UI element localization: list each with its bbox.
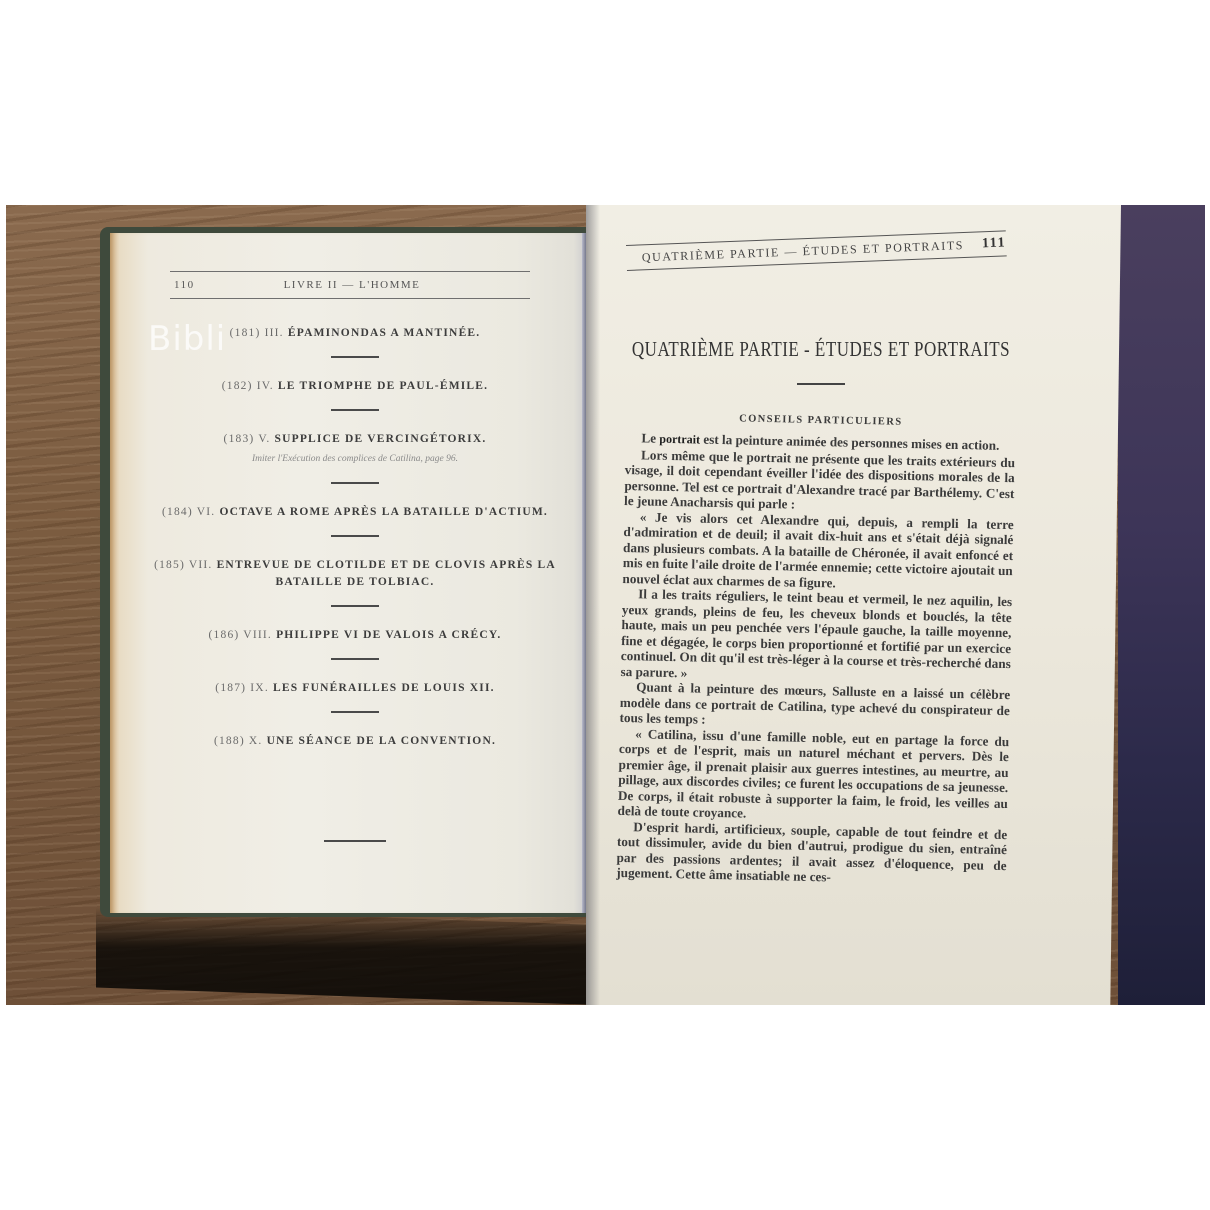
separator-rule bbox=[331, 409, 379, 411]
toc-entry-title: LE TRIOMPHE DE PAUL-ÉMILE. bbox=[278, 380, 488, 392]
toc-entry: (182) IV. LE TRIOMPHE DE PAUL-ÉMILE. bbox=[150, 378, 560, 395]
toc-entry: (185) VII. ENTREVUE DE CLOTILDE ET DE CL… bbox=[150, 557, 560, 591]
toc-entry: (187) IX. LES FUNÉRAILLES DE LOUIS XII. bbox=[150, 680, 560, 697]
separator-rule bbox=[331, 711, 379, 713]
separator-rule bbox=[331, 482, 379, 484]
toc-entry-title: UNE SÉANCE DE LA CONVENTION. bbox=[267, 735, 496, 747]
left-running-title: LIVRE II — L'HOMME bbox=[214, 279, 530, 291]
section-title: CONSEILS PARTICULIERS bbox=[626, 411, 1016, 430]
right-running-title: QUATRIÈME PARTIE — ÉTUDES ET PORTRAITS bbox=[642, 238, 965, 265]
toc-entry-number: (188) X. bbox=[214, 735, 267, 747]
separator-rule bbox=[331, 658, 379, 660]
toc-entry-number: (184) VI. bbox=[162, 506, 219, 518]
toc-entry-title: LES FUNÉRAILLES DE LOUIS XII. bbox=[273, 682, 495, 694]
separator-rule bbox=[797, 383, 845, 385]
paragraph: « Catilina, issu d'une famille noble, eu… bbox=[617, 725, 1009, 826]
toc-entry-title: ÉPAMINONDAS A MANTINÉE. bbox=[288, 327, 481, 339]
separator-rule bbox=[331, 356, 379, 358]
table-of-contents: (181) III. ÉPAMINONDAS A MANTINÉE.(182) … bbox=[150, 325, 560, 862]
toc-entry-note: Imiter l'Exécution des complices de Cati… bbox=[150, 451, 560, 468]
toc-entry: (186) VIII. PHILIPPE VI DE VALOIS A CRÉC… bbox=[150, 627, 560, 644]
right-page: QUATRIÈME PARTIE — ÉTUDES ET PORTRAITS 1… bbox=[586, 205, 1121, 1005]
toc-entry-title: OCTAVE A ROME APRÈS LA BATAILLE D'ACTIUM… bbox=[219, 506, 548, 518]
toc-entry: (184) VI. OCTAVE A ROME APRÈS LA BATAILL… bbox=[150, 504, 560, 521]
toc-entry: (183) V. SUPPLICE DE VERCINGÉTORIX.Imite… bbox=[150, 431, 560, 468]
toc-entry: (188) X. UNE SÉANCE DE LA CONVENTION. bbox=[150, 733, 560, 750]
paragraph: Quant à la peinture des mœurs, Salluste … bbox=[619, 679, 1010, 734]
separator-rule bbox=[324, 840, 386, 842]
paragraph: Il a les traits réguliers, le teint beau… bbox=[620, 586, 1012, 687]
right-page-body: QUATRIÈME PARTIE - ÉTUDES ET PORTRAITS C… bbox=[626, 337, 1016, 881]
right-running-head: QUATRIÈME PARTIE — ÉTUDES ET PORTRAITS 1… bbox=[626, 230, 1007, 271]
gutter-shadow bbox=[586, 205, 600, 1005]
paragraph: « Je vis alors cet Alexandre qui, depuis… bbox=[622, 508, 1014, 594]
separator-rule bbox=[331, 535, 379, 537]
left-page-number: 110 bbox=[170, 279, 214, 291]
toc-entry-number: (187) IX. bbox=[215, 682, 273, 694]
separator-rule bbox=[331, 605, 379, 607]
purple-cloth bbox=[1118, 205, 1205, 1005]
toc-entry-number: (183) V. bbox=[224, 433, 275, 445]
toc-entry-number: (186) VIII. bbox=[209, 629, 277, 641]
paragraphs: Le portrait est la peinture animée des p… bbox=[616, 430, 1015, 889]
toc-entry-title: PHILIPPE VI DE VALOIS A CRÉCY. bbox=[276, 629, 501, 641]
part-title: QUATRIÈME PARTIE - ÉTUDES ET PORTRAITS bbox=[626, 337, 1016, 362]
left-page: 110 LIVRE II — L'HOMME Bibli (181) III. … bbox=[110, 233, 588, 913]
right-page-number: 111 bbox=[982, 235, 1007, 252]
paragraph: Lors même que le portrait ne présente qu… bbox=[624, 446, 1015, 516]
toc-entry-number: (181) III. bbox=[230, 327, 288, 339]
toc-entry: (181) III. ÉPAMINONDAS A MANTINÉE. bbox=[150, 325, 560, 342]
paragraph: D'esprit hardi, artificieux, souple, cap… bbox=[616, 818, 1007, 888]
emphasis-term: portrait bbox=[659, 432, 700, 447]
left-running-head: 110 LIVRE II — L'HOMME bbox=[170, 271, 530, 299]
toc-entry-number: (185) VII. bbox=[154, 559, 217, 571]
toc-entry-number: (182) IV. bbox=[222, 380, 278, 392]
toc-entry-title: SUPPLICE DE VERCINGÉTORIX. bbox=[275, 433, 487, 445]
toc-entry-title: ENTREVUE DE CLOTILDE ET DE CLOVIS APRÈS … bbox=[217, 559, 556, 588]
book-photo: 110 LIVRE II — L'HOMME Bibli (181) III. … bbox=[6, 205, 1205, 1005]
text-block: CONSEILS PARTICULIERS Le portrait est la… bbox=[616, 411, 1016, 889]
